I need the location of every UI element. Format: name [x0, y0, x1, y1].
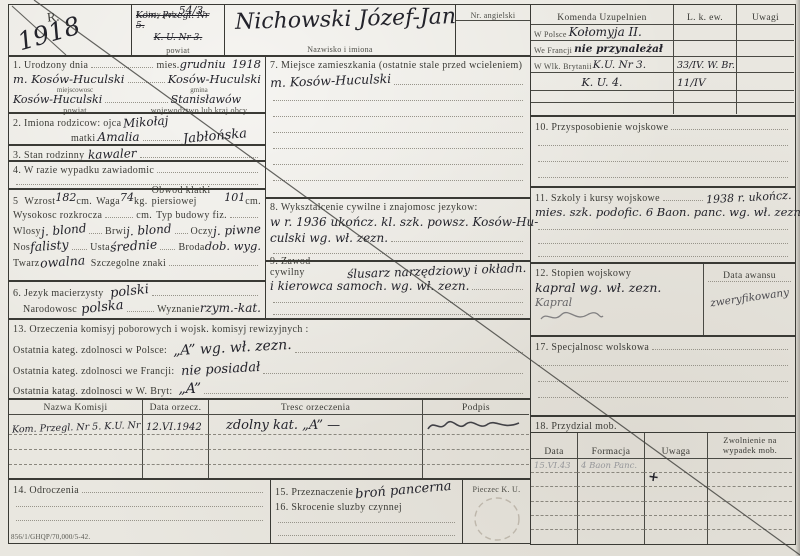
s1-city: m. Kosów-Huculski	[13, 72, 125, 86]
s12-title: 12. Stopien wojskowy	[535, 268, 631, 279]
section-3-marital: 3. Stan rodzinny kawaler	[8, 144, 266, 161]
s11-line2: mies. szk. podofic. 6 Baon. panc. wg. wł…	[535, 205, 800, 219]
s5-oczy-value: j. piwne	[213, 222, 262, 238]
s5-no: 5	[13, 196, 18, 207]
commission-verdict: zdolny kat. „A” —	[226, 418, 340, 433]
s5-waga-label: Waga	[96, 196, 120, 207]
komenda-france-value: nie przynależał	[574, 43, 663, 55]
s6-wyzn-label: Wyznanie	[157, 304, 200, 315]
s1-woj-value: Stanisławów	[171, 93, 241, 106]
komenda-row-ku4: K. U. 4.	[531, 73, 673, 91]
komenda-row-poland: W Polsce Kołomyja II.	[531, 25, 673, 41]
s9-title: 9. Zawod cywilny	[270, 256, 345, 278]
section-11-schools: 11. Szkoly i kursy wojskowe 1938 r. ukoń…	[530, 186, 796, 263]
komenda-row-britain: W Wlk. Brytanii K.U. Nr 3.	[531, 57, 673, 73]
s18-h-data: Data	[544, 447, 563, 457]
section-2-parents: 2. Imiona rodzicow: ojca Mikołaj matki A…	[8, 112, 266, 145]
s5-kg: kg.	[134, 196, 148, 207]
komenda-britain-lkew: 33/IV. W. Br.	[677, 60, 735, 71]
s5-twarz-value: owalna	[39, 252, 85, 270]
s5-wysokosc-label: Wysokosc rozkrocza	[13, 210, 102, 221]
s5-obwod-label: Obwod klatki piersiowej	[152, 185, 225, 207]
s8-title: 8. Wyksztalcenie cywilne i znajomosc jez…	[270, 202, 478, 213]
year-box: R. 1918	[8, 4, 132, 56]
s5-broda-label: Broda	[178, 242, 204, 253]
s2-title: 2. Imiona rodzicow: ojca	[13, 118, 121, 129]
s5-nos-label: Nos	[13, 242, 30, 253]
s5-oczy-label: Oczy	[191, 226, 214, 237]
s5-wzrost-label: Wzrost	[24, 196, 55, 207]
s6-narod-label: Narodowosc	[23, 304, 77, 315]
year-value: 1918	[14, 11, 83, 56]
s9-line2: i kierowca samoch. wg. wł. zezn.	[270, 279, 469, 293]
s2-mother: Amalia	[98, 130, 140, 144]
signature-mark	[426, 417, 522, 433]
section-17-specialty: 17. Specjalnosc wolskowa	[530, 335, 796, 416]
s5-nos-value: falisty	[30, 237, 70, 255]
t13-h1: Nazwa Komisji	[44, 403, 108, 413]
s10-title: 10. Przysposobienie wojskowe	[535, 122, 668, 133]
s5-usta-value: średnie	[109, 236, 157, 254]
s17-title: 17. Specjalnosc wolskowa	[535, 342, 649, 353]
s13-france-label: Ostatnia kateg. zdolnosci we Francji:	[13, 366, 175, 377]
section-15-16: 15. Przeznaczenie broń pancerna 16. Skro…	[270, 478, 463, 544]
pieczec-label: Pieczec K. U.	[473, 485, 521, 494]
s5-usta-label: Usta	[90, 242, 110, 253]
komenda-col-uwagi: Uwagi	[752, 13, 779, 23]
s5-twarz-label: Twarz	[13, 258, 40, 269]
scan-edge-shadow	[795, 0, 800, 556]
komenda-col-lkew: L. k. ew.	[687, 13, 723, 23]
s2-father: Mikołaj	[123, 113, 169, 130]
s13-britain-label: Ostatnia katag. zdolnosci w W. Bryt:	[13, 386, 173, 397]
s1-mies-label: mies.	[156, 60, 179, 71]
s5-wzrost-value: 182	[55, 191, 76, 204]
komenda-table: Komenda Uzupelnien L. k. ew. Uwagi W Pol…	[530, 4, 796, 116]
komenda-ku4-lkew: 11/IV	[677, 77, 706, 89]
name-label: Nazwisko i imiona	[307, 45, 373, 54]
s12-awans-label: Data awansu	[723, 271, 776, 281]
s5-cm3: cm.	[136, 210, 152, 221]
section-8-education: 8. Wyksztalcenie cywilne i znajomosc jez…	[265, 197, 531, 261]
s1-powiat-value: Kosów-Huculski	[13, 93, 102, 106]
s1-month: grudniu	[180, 57, 226, 71]
name-value: Nichowski Józef-Jan	[235, 4, 457, 35]
s8-line2: culski wg. wł. zezn.	[270, 231, 388, 245]
stamp-circle	[471, 495, 523, 543]
listy-note-2: K. U. Nr 3.	[154, 33, 203, 43]
komenda-row-france: We Francji nie przynależał	[531, 41, 673, 57]
rank-signature-mark	[539, 309, 605, 325]
english-number-box: Nr. angielski	[455, 4, 531, 56]
s1-title: 1. Urodzony dnia	[13, 60, 88, 71]
s12-awans-value: zweryfikowany	[710, 287, 790, 310]
s15-title: 15. Przeznaczenie	[275, 487, 353, 498]
s1-year: 1918	[232, 57, 261, 71]
stamp-box: Pieczec K. U.	[462, 478, 531, 544]
s7-title: 7. Miejsce zamieszkania (ostatnie stale …	[270, 60, 522, 71]
s18-h-formacja: Formacja	[592, 447, 631, 457]
section-13-commissions: 13. Orzeczenia komisyj poborowych i wojs…	[8, 318, 531, 399]
s4-title: 4. W razie wypadku zawiadomic	[13, 165, 154, 176]
komenda-title: Komenda Uzupelnien	[557, 13, 646, 23]
s13-poland-label: Ostatnia kateg. zdolnosci w Polsce:	[13, 345, 167, 356]
s16-title: 16. Skrocenie sluzby czynnej	[275, 502, 402, 513]
s18-h-uwaga: Uwaga	[662, 447, 691, 457]
section-10-training: 10. Przysposobienie wojskowe	[530, 115, 796, 187]
scanned-military-form: R. 1918 L. listy pob. 54/3. Kom. Przegl.…	[0, 0, 800, 556]
s18-cross-mark: +	[647, 473, 660, 486]
s18-title: 18. Przydzial mob.	[535, 421, 617, 432]
s5-brwi-label: Brwi	[105, 226, 126, 237]
section-6-language: 6. Jezyk macierzysty polski Narodowosc p…	[8, 280, 266, 319]
komenda-britain-value: K.U. Nr 3.	[593, 59, 646, 71]
form-print-code: 856/1/GHQP/70,000/5-42.	[11, 533, 90, 541]
section-5-physical: 5 Wzrost 182 cm. Waga 74 kg. Obwod klatk…	[8, 188, 266, 281]
s5-cm2: cm.	[245, 196, 261, 207]
s5-znaki-label: Szczegolne znaki	[91, 258, 166, 269]
s11-title: 11. Szkoly i kursy wojskowe	[535, 193, 660, 204]
s2-matki-label: matki	[71, 133, 96, 144]
s12-rank-value: kapral wg. wł. zezn.	[535, 280, 661, 295]
s5-waga-value: 74	[120, 191, 134, 204]
section-4-notify: 4. W razie wypadku zawiadomic	[8, 160, 266, 189]
t13-h4: Podpis	[462, 403, 490, 413]
section-1-birth: 1. Urodzony dnia mies. grudniu 1918 m. K…	[8, 55, 266, 113]
section-18-mob: 18. Przydzial mob. Data Formacja Uwaga Z…	[530, 415, 796, 545]
s12-rank-value-2: Kapral	[535, 296, 572, 309]
s13-title: 13. Orzeczenia komisyj poborowych i wojs…	[13, 324, 309, 335]
nr-angielski-label: Nr. angielski	[471, 11, 516, 20]
powiat-label: powiat	[166, 46, 190, 55]
t13-h3: Tresc orzeczenia	[281, 403, 350, 413]
s14-title: 14. Odroczenia	[13, 485, 79, 496]
s5-typ-label: Typ budowy fiz.	[156, 210, 227, 221]
commission-date: 12.VI.1942	[146, 422, 202, 433]
s18-h-zwolnienie: Zwolnienie na wypadek mob.	[711, 436, 789, 455]
commission-row: Kom. Przegl. Nr 5. K.U. Nr 3.	[9, 415, 142, 435]
s6-title: 6. Jezyk macierzysty	[13, 288, 104, 299]
t13-h2: Data orzecz.	[150, 403, 202, 413]
s8-line1: w r. 1936 ukończ. kl. szk. powsz. Kosów-…	[270, 215, 538, 229]
listy-value: 54/3.	[179, 4, 207, 17]
list-number-box: L. listy pob. 54/3. Kom. Przegl. Nr 5. K…	[131, 4, 225, 56]
s1-gmina-value: Kosów-Huculski	[168, 72, 261, 86]
s18-r1-data: 15.VI.43	[534, 461, 571, 471]
s6-narod-value: polska	[80, 298, 124, 317]
s5-broda-value: dob. wyg.	[205, 239, 261, 253]
s5-cm1: cm.	[76, 196, 92, 207]
s18-r1-formacja: 4 Baon Panc.	[581, 461, 637, 471]
s5-obwod-value: 101	[224, 191, 245, 204]
section-12-rank: 12. Stopien wojskowy kapral wg. wł. zezn…	[530, 262, 796, 336]
s6-wyzn-value: rzym.-kat.	[200, 301, 261, 315]
s5-wlosy-label: Wlosy	[13, 226, 41, 237]
commission-table: Nazwa Komisji Data orzecz. Tresc orzecze…	[8, 398, 531, 479]
section-7-residence: 7. Miejsce zamieszkania (ostatnie stale …	[265, 55, 531, 198]
s13-britain-value: „A”	[179, 381, 201, 397]
name-box: Nichowski Józef-Jan Nazwisko i imiona	[224, 4, 456, 56]
section-9-occupation: 9. Zawod cywilny ślusarz narzędziowy i o…	[265, 260, 531, 319]
komenda-poland-value: Kołomyja II.	[569, 25, 642, 39]
